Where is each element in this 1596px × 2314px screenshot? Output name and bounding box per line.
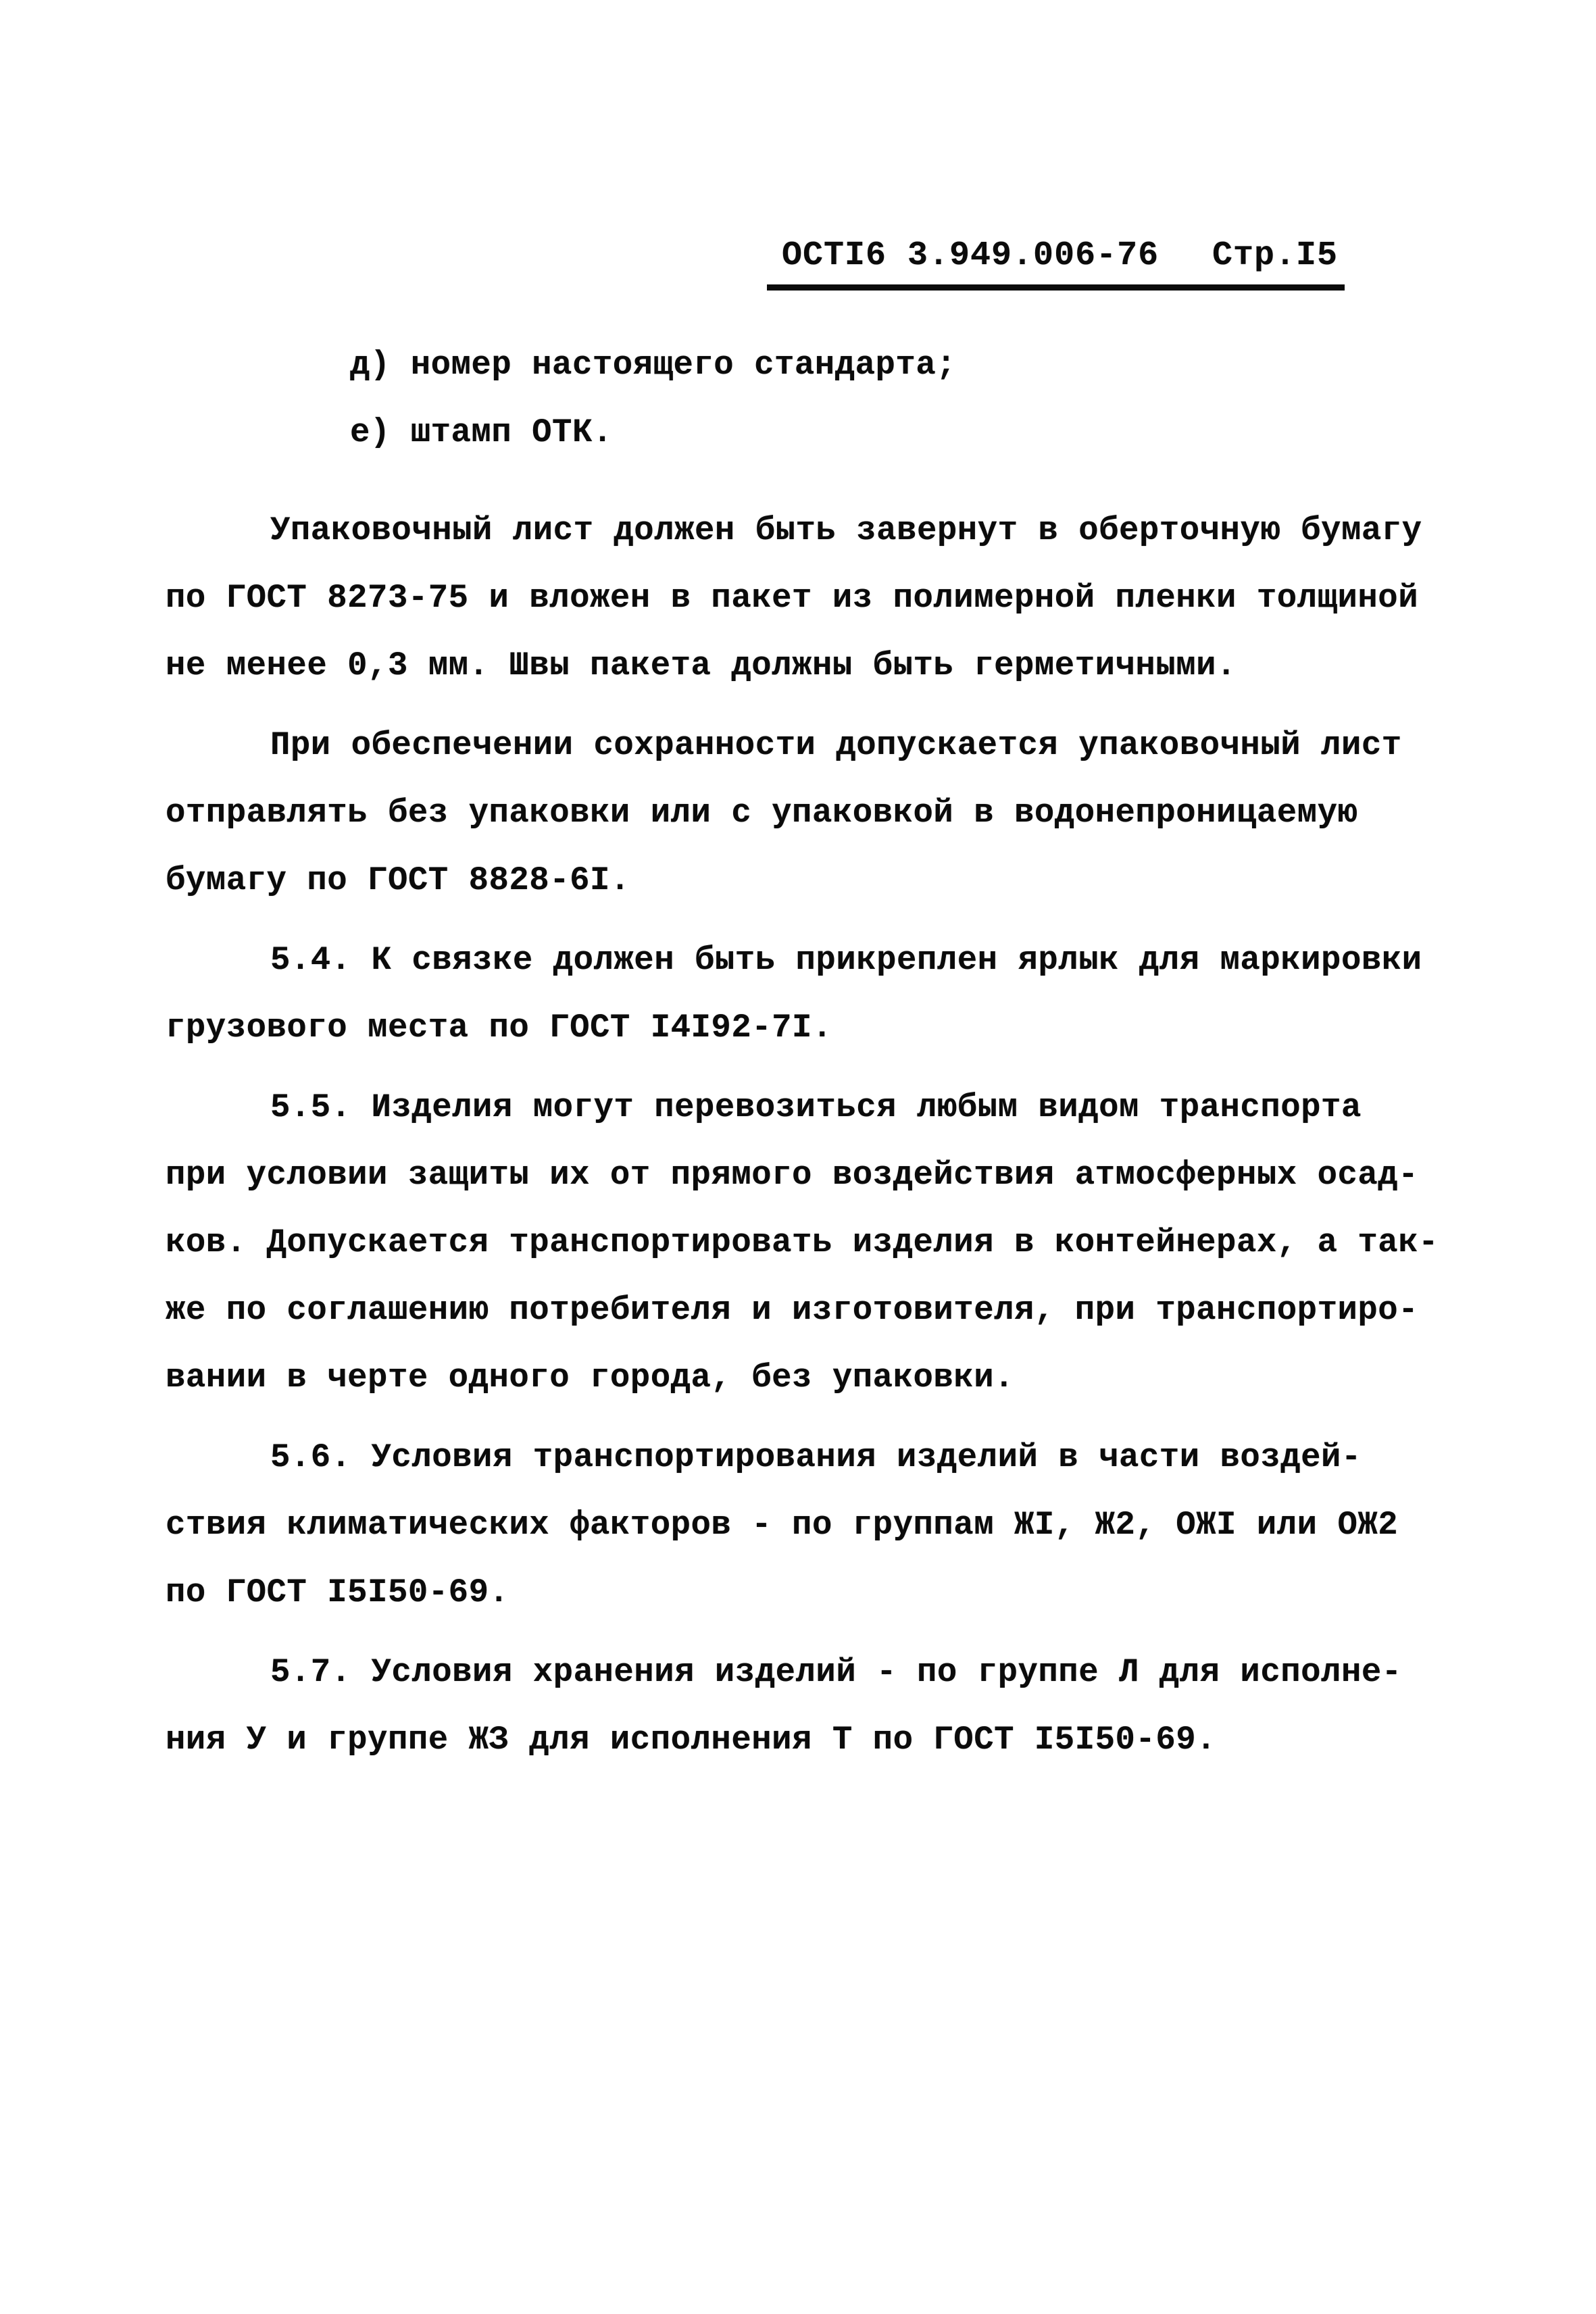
standard-number: ОСТI6 3.949.006-76: [782, 236, 1159, 275]
paragraph-line: не менее 0,3 мм. Швы пакета должны быть …: [166, 632, 1446, 699]
paragraph-line: вании в черте одного города, без упаковк…: [166, 1344, 1446, 1411]
list-item-e: е) штамп ОТК.: [166, 399, 1446, 466]
paragraph-line: по ГОСТ 8273-75 и вложен в пакет из поли…: [166, 564, 1446, 632]
document-page: ОСТI6 3.949.006-76 Стр.I5 д) номер насто…: [0, 0, 1596, 2314]
paragraph-line: отправлять без упаковки или с упаковкой …: [166, 779, 1446, 847]
paragraph-line: 5.4. К связке должен быть прикреплен ярл…: [166, 926, 1446, 994]
paragraph-line: при условии защиты их от прямого воздейс…: [166, 1141, 1446, 1209]
page-number: Стр.I5: [1212, 236, 1338, 275]
paragraph-packing-list: Упаковочный лист должен быть завернут в …: [166, 497, 1446, 699]
list-item-d: д) номер настоящего стандарта;: [166, 331, 1446, 399]
paragraph-line: грузового места по ГОСТ I4I92-7I.: [166, 994, 1446, 1061]
paragraph-line: 5.7. Условия хранения изделий - по групп…: [166, 1638, 1446, 1706]
paragraph-line: ния У и группе ЖЗ для исполнения Т по ГО…: [166, 1706, 1446, 1774]
paragraph-line: Упаковочный лист должен быть завернут в …: [166, 497, 1446, 564]
paragraph-line: 5.6. Условия транспортирования изделий в…: [166, 1424, 1446, 1491]
paragraph-line: по ГОСТ I5I50-69.: [166, 1559, 1446, 1626]
page-header: ОСТI6 3.949.006-76 Стр.I5: [767, 236, 1345, 291]
paragraph-5-6: 5.6. Условия транспортирования изделий в…: [166, 1424, 1446, 1626]
paragraph-5-4: 5.4. К связке должен быть прикреплен ярл…: [166, 926, 1446, 1061]
paragraph-line: же по соглашению потребителя и изготовит…: [166, 1276, 1446, 1344]
paragraph-line: ствия климатических факторов - по группа…: [166, 1491, 1446, 1559]
document-body: д) номер настоящего стандарта; е) штамп …: [166, 331, 1446, 1774]
paragraph-line: При обеспечении сохранности допускается …: [166, 711, 1446, 779]
paragraph-safety: При обеспечении сохранности допускается …: [166, 711, 1446, 914]
paragraph-5-5: 5.5. Изделия могут перевозиться любым ви…: [166, 1074, 1446, 1411]
paragraph-line: 5.5. Изделия могут перевозиться любым ви…: [166, 1074, 1446, 1141]
paragraph-5-7: 5.7. Условия хранения изделий - по групп…: [166, 1638, 1446, 1774]
paragraph-line: бумагу по ГОСТ 8828-6I.: [166, 847, 1446, 914]
paragraph-line: ков. Допускается транспортировать издели…: [166, 1209, 1446, 1276]
